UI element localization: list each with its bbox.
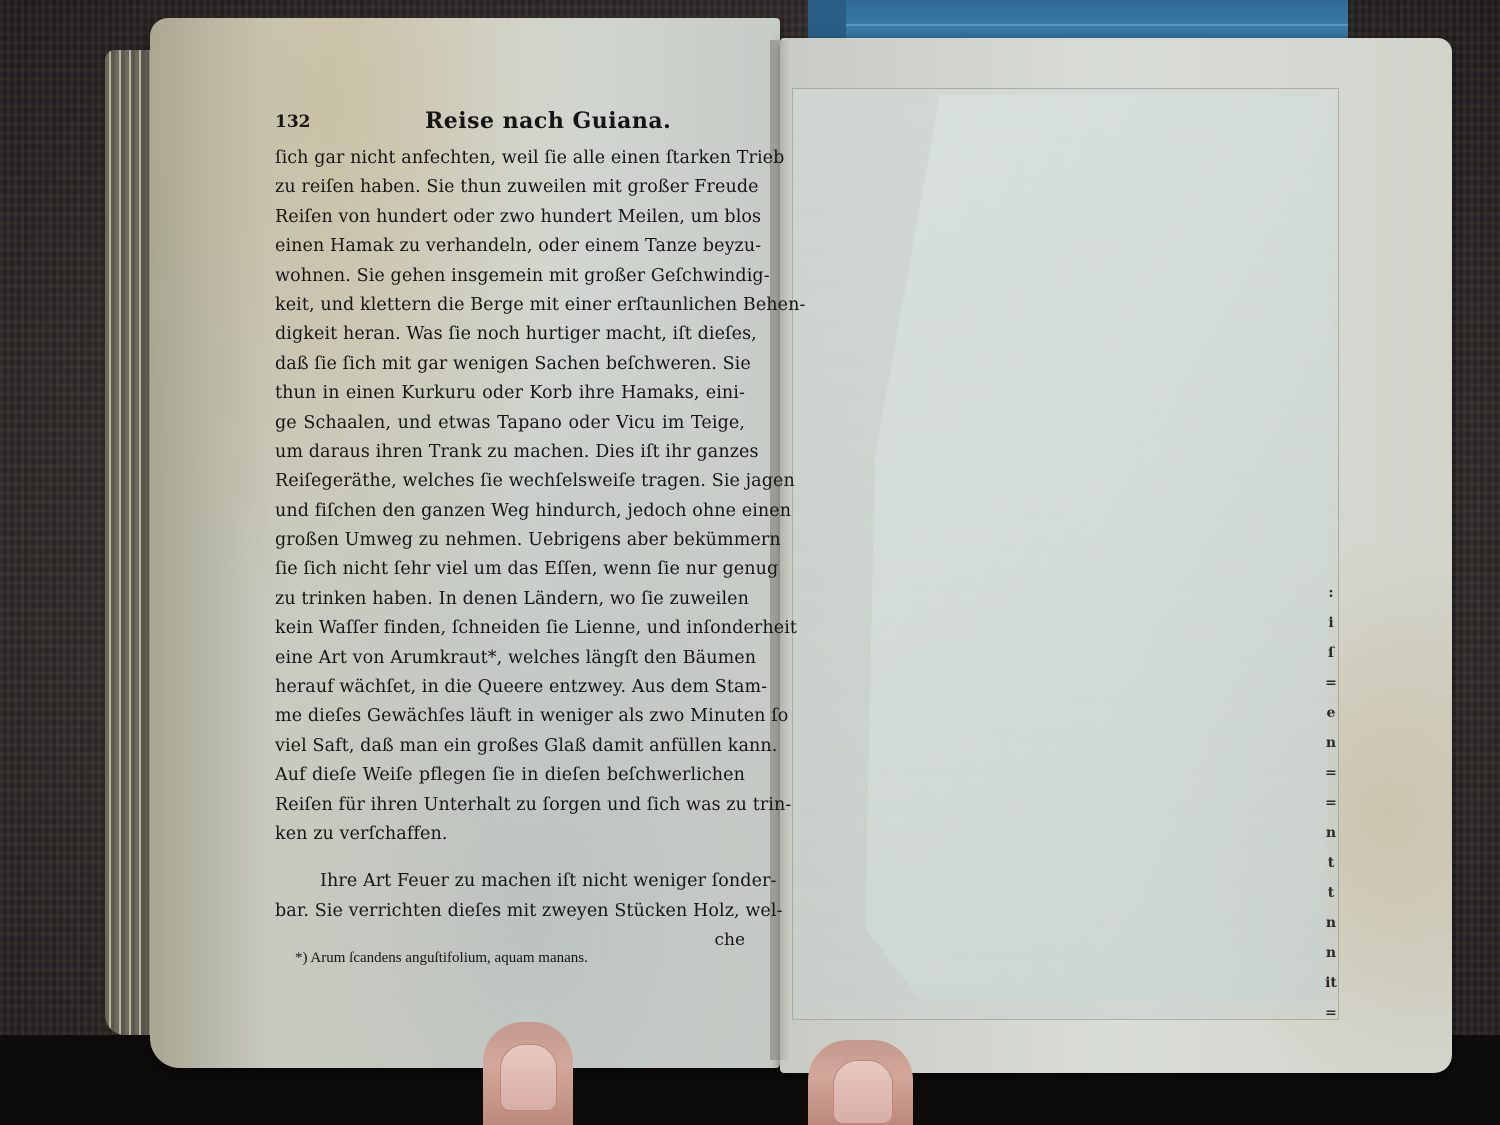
text-line: kein Waſſer finden, ſchneiden ſie Lienne… [275, 614, 745, 643]
edge-glyph: = [1322, 795, 1340, 811]
text-line: bar. Sie verrichten dieſes mit zweyen St… [275, 897, 745, 926]
running-head-title: Reise nach Guiana. [425, 108, 671, 134]
text-line: Ihre Art Feuer zu machen iſt nicht wenig… [275, 867, 745, 896]
edge-glyph: ſ [1322, 645, 1340, 661]
text-line: ge Schaalen, und etwas Tapano oder Vicu … [275, 409, 745, 438]
text-line: digkeit heran. Was ſie noch hurtiger mac… [275, 320, 745, 349]
edge-glyph: : [1322, 585, 1340, 601]
footnote: *) Arum ſcandens anguſtifolium, aquam ma… [275, 950, 745, 967]
edge-glyph: e [1322, 705, 1340, 721]
running-head: 132 Reise nach Guiana. [275, 108, 745, 140]
text-line: um daraus ihren Trank zu machen. Dies iſ… [275, 438, 745, 467]
edge-glyph: it [1322, 975, 1340, 991]
text-line: zu trinken haben. In denen Ländern, wo ſ… [275, 585, 745, 614]
text-line: wohnen. Sie gehen insgemein mit großer G… [275, 262, 745, 291]
text-line: ken zu verſchaffen. [275, 820, 745, 849]
text-line: keit, und klettern die Berge mit einer e… [275, 291, 745, 320]
text-line: viel Saft, daß man ein großes Glaß damit… [275, 732, 745, 761]
thumbnail [500, 1044, 557, 1111]
edge-glyph: = [1322, 675, 1340, 691]
right-thumb [808, 1040, 913, 1125]
thumbnail [833, 1060, 893, 1124]
text-line: Auf dieſe Weiſe pflegen ſie in dieſen be… [275, 761, 745, 790]
text-line: thun in einen Kurkuru oder Korb ihre Ham… [275, 379, 745, 408]
edge-glyph: n [1322, 735, 1340, 751]
edge-glyph: n [1322, 915, 1340, 931]
text-line: daß ſie ſich mit gar wenigen Sachen beſc… [275, 350, 745, 379]
text-line: großen Umweg zu nehmen. Uebrigens aber b… [275, 526, 745, 555]
left-thumb [483, 1022, 573, 1125]
tissue-guard-sheet [860, 95, 1335, 1000]
left-page-text-block: 132 Reise nach Guiana. ſich gar nicht an… [275, 108, 745, 967]
text-line: und fiſchen den ganzen Weg hindurch, jed… [275, 497, 745, 526]
edge-glyph: i [1322, 615, 1340, 631]
text-line: me dieſes Gewächſes läuft in weniger als… [275, 702, 745, 731]
edge-glyph: = [1322, 765, 1340, 781]
paragraph-1: ſich gar nicht anfechten, weil ſie alle … [275, 144, 745, 849]
edge-glyph: = [1322, 1005, 1340, 1021]
text-line: Reiſen von hundert oder zwo hundert Meil… [275, 203, 745, 232]
paragraph-2: Ihre Art Feuer zu machen iſt nicht wenig… [275, 867, 745, 926]
text-line: Reiſen für ihren Unterhalt zu ſorgen und… [275, 791, 745, 820]
catchword: che [275, 930, 745, 950]
text-line: zu reiſen haben. Sie thun zuweilen mit g… [275, 173, 745, 202]
edge-glyph: n [1322, 825, 1340, 841]
text-line: Reiſegeräthe, welches ſie wechſelsweiſe … [275, 467, 745, 496]
edge-glyph: t [1322, 855, 1340, 871]
edge-glyph: t [1322, 885, 1340, 901]
text-line: ſich gar nicht anfechten, weil ſie alle … [275, 144, 745, 173]
plate-edge-text: :iſ=en==nttnnit= [1322, 585, 1340, 1021]
text-line: herauf wächſet, in die Queere entzwey. A… [275, 673, 745, 702]
text-line: eine Art von Arumkraut*, welches längſt … [275, 644, 745, 673]
page-number: 132 [275, 112, 311, 132]
edge-glyph: n [1322, 945, 1340, 961]
text-line: einen Hamak zu verhandeln, oder einem Ta… [275, 232, 745, 261]
text-line: ſie ſich nicht ſehr viel um das Eſſen, w… [275, 555, 745, 584]
